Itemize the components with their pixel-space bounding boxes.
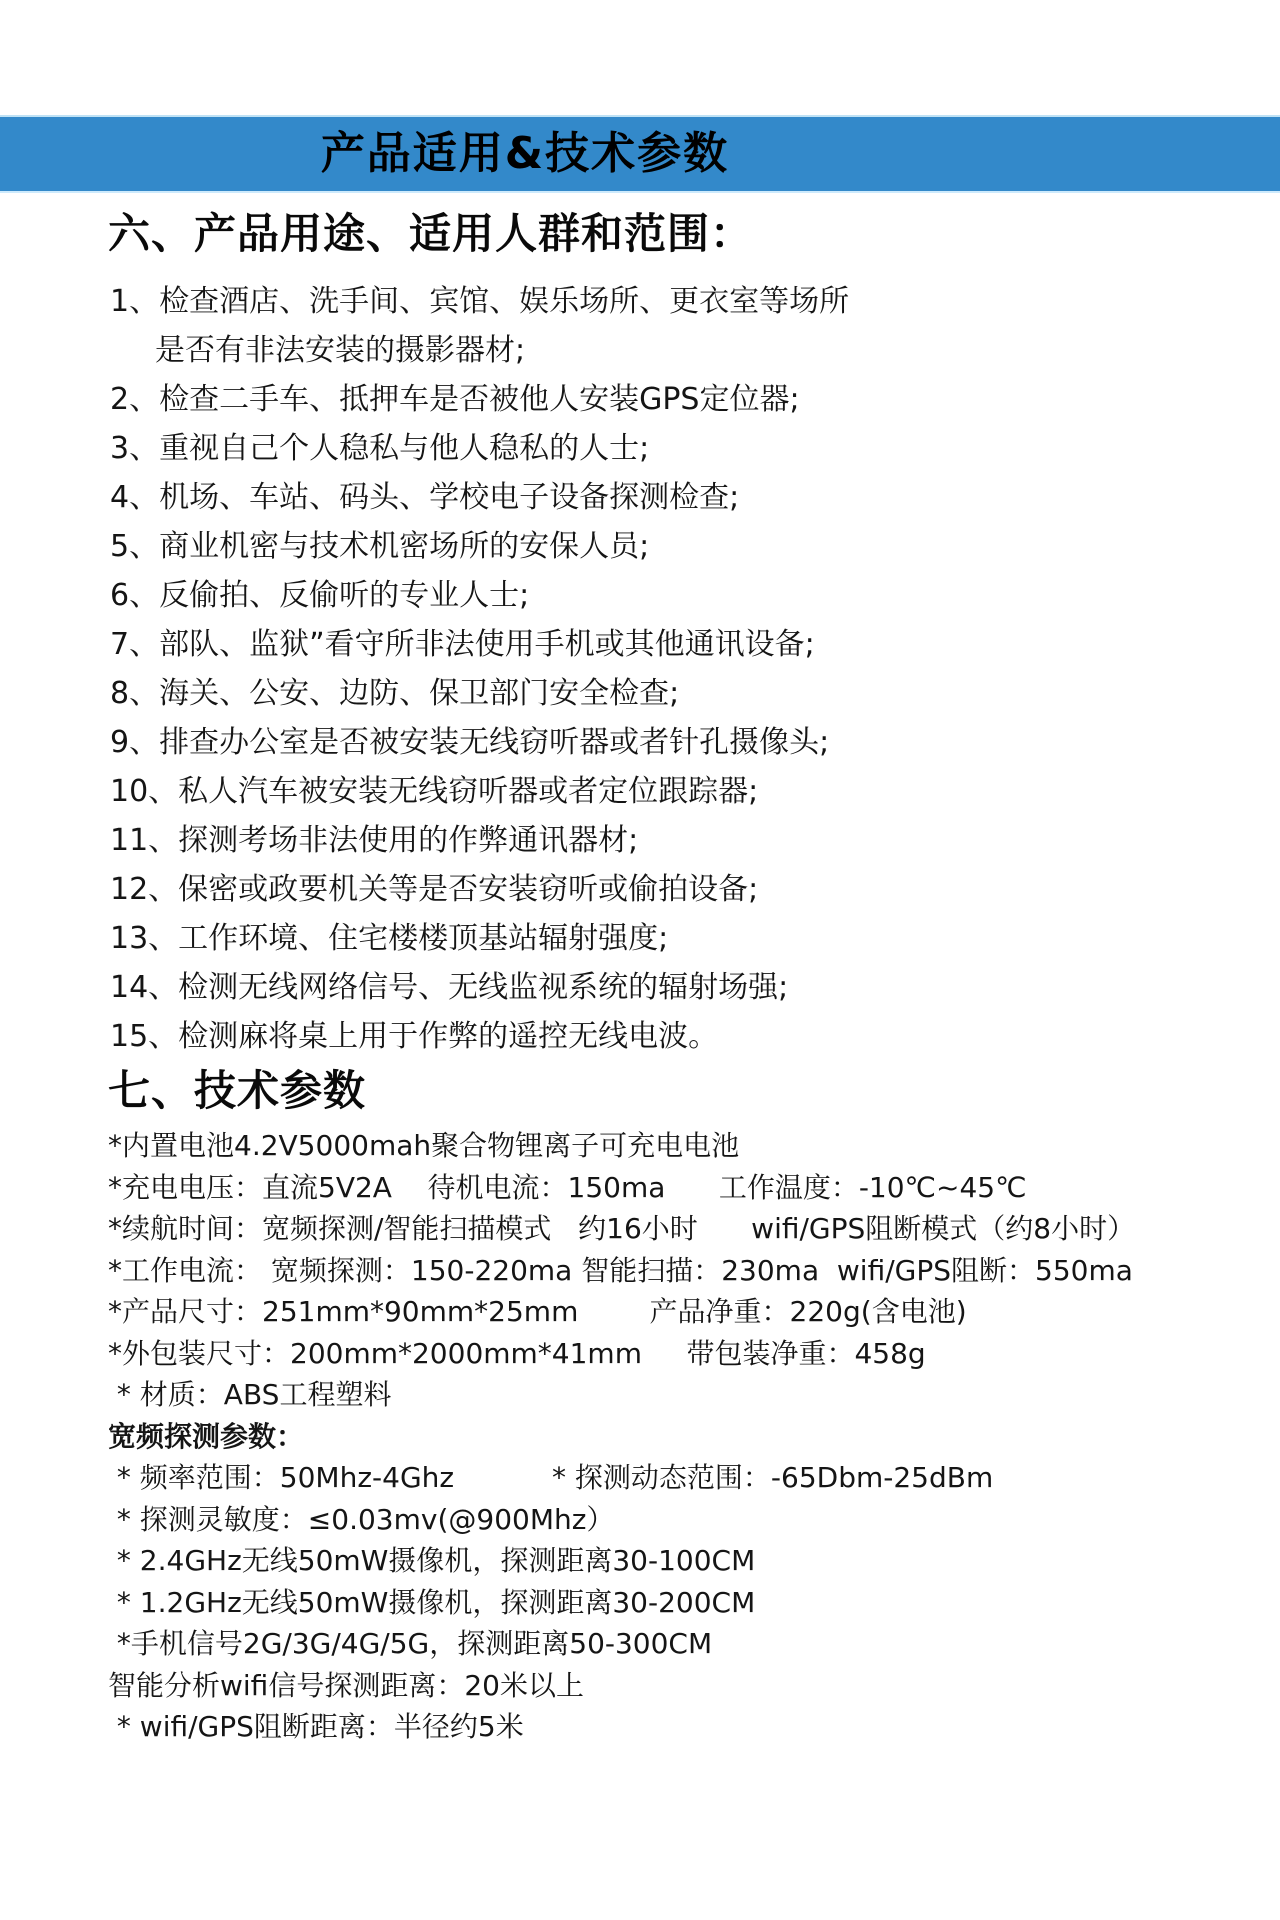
spec-endurance: *续航时间：宽频探测/智能扫描模式 约16小时 wifi/GPS阻断模式（约8小… — [108, 1208, 1273, 1250]
spec-frequency-range: * 频率范围：50Mhz-4Ghz * 探测动态范围：-65Dbm-25dBm — [108, 1457, 1273, 1499]
usage-item-9: 9、排查办公室是否被安装无线窃听器或者针孔摄像头; — [110, 718, 1270, 767]
header-banner: 产品适用&技术参数 — [0, 115, 1280, 193]
usage-item-6: 6、反偷拍、反偷听的专业人士; — [110, 571, 1270, 620]
usage-list: 1、检查酒店、洗手间、宾馆、娱乐场所、更衣室等场所 是否有非法安装的摄影器材; … — [110, 277, 1270, 1061]
spec-phone-signal: *手机信号2G/3G/4G/5G，探测距离50-300CM — [108, 1623, 1273, 1665]
usage-item-15: 15、检测麻将桌上用于作弊的遥控无线电波。 — [110, 1012, 1270, 1061]
usage-item-3: 3、重视自己个人稳私与他人稳私的人士; — [110, 424, 1270, 473]
specs-list: *内置电池4.2V5000mah聚合物锂离子可充电电池 *充电电压：直流5V2A… — [108, 1125, 1273, 1748]
usage-item-1-continued: 是否有非法安装的摄影器材; — [110, 326, 1270, 375]
usage-section-heading: 六、产品用途、适用人群和范围： — [108, 201, 753, 261]
page-title: 产品适用&技术参数 — [0, 117, 1050, 191]
spec-battery: *内置电池4.2V5000mah聚合物锂离子可充电电池 — [108, 1125, 1273, 1167]
usage-item-8: 8、海关、公安、边防、保卫部门安全检查; — [110, 669, 1270, 718]
spec-sensitivity: * 探测灵敏度：≤0.03mv(@900Mhz） — [108, 1499, 1273, 1541]
spec-working-current: *工作电流： 宽频探测：150-220ma 智能扫描：230ma wifi/GP… — [108, 1250, 1273, 1292]
spec-package-size: *外包装尺寸：200mm*2000mm*41mm 带包装净重：458g — [108, 1333, 1273, 1375]
specs-section-heading: 七、技术参数 — [108, 1058, 366, 1118]
usage-item-7: 7、部队、监狱”看守所非法使用手机或其他通讯设备; — [110, 620, 1270, 669]
usage-item-2: 2、检查二手车、抵押车是否被他人安装GPS定位器; — [110, 375, 1270, 424]
usage-item-13: 13、工作环境、住宅楼楼顶基站辐射强度; — [110, 914, 1270, 963]
usage-item-1: 1、检查酒店、洗手间、宾馆、娱乐场所、更衣室等场所 — [110, 277, 1270, 326]
spec-material: * 材质：ABS工程塑料 — [108, 1374, 1273, 1416]
spec-charging: *充电电压：直流5V2A 待机电流：150ma 工作温度：-10℃~45℃ — [108, 1167, 1273, 1209]
spec-wideband-subheading: 宽频探测参数： — [108, 1416, 1273, 1458]
usage-item-4: 4、机场、车站、码头、学校电子设备探测检查; — [110, 473, 1270, 522]
spec-camera-2-4ghz: * 2.4GHz无线50mW摄像机，探测距离30-100CM — [108, 1540, 1273, 1582]
spec-wifi-analysis: 智能分析wifi信号探测距离：20米以上 — [108, 1665, 1273, 1707]
usage-item-14: 14、检测无线网络信号、无线监视系统的辐射场强; — [110, 963, 1270, 1012]
spec-camera-1-2ghz: * 1.2GHz无线50mW摄像机，探测距离30-200CM — [108, 1582, 1273, 1624]
spec-product-size: *产品尺寸：251mm*90mm*25mm 产品净重：220g(含电池) — [108, 1291, 1273, 1333]
usage-item-10: 10、私人汽车被安装无线窃听器或者定位跟踪器; — [110, 767, 1270, 816]
spec-wifi-gps-block: * wifi/GPS阻断距离：半径约5米 — [108, 1706, 1273, 1748]
usage-item-11: 11、探测考场非法使用的作弊通讯器材; — [110, 816, 1270, 865]
usage-item-12: 12、保密或政要机关等是否安装窃听或偷拍设备; — [110, 865, 1270, 914]
usage-item-5: 5、商业机密与技术机密场所的安保人员; — [110, 522, 1270, 571]
